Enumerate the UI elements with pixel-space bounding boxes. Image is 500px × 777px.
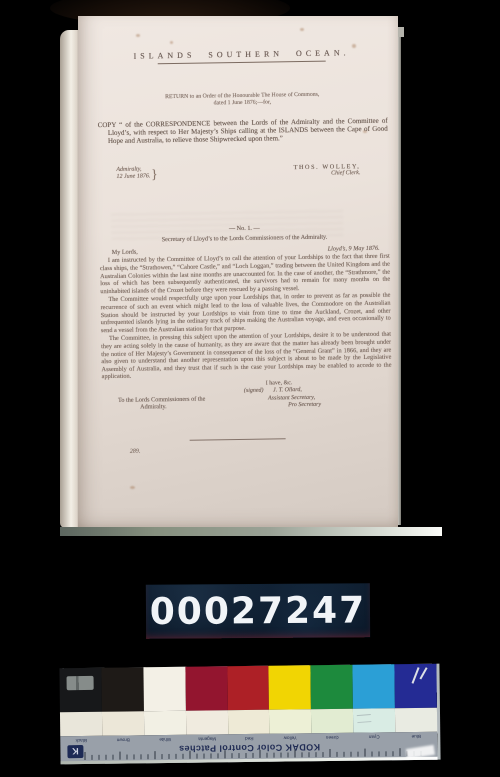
letter-paragraph-1: I am instructed by the Committee of Lloy… <box>100 253 391 296</box>
label-sticker-mark <box>67 676 94 690</box>
color-patch-brown <box>101 667 143 712</box>
patch-label-magenta: Magenta <box>186 734 228 743</box>
kodak-logo-icon: K <box>67 745 83 758</box>
kodak-color-bar: BlackBrownWhiteMagentaRedYellowGreenCyan… <box>59 664 437 765</box>
patch-label-red: Red <box>228 734 270 743</box>
patch-label-cyan: Cyan <box>353 732 395 741</box>
letter-paragraph-3: The Committee, in pressing this subject … <box>101 331 392 381</box>
color-patch-white <box>143 667 185 712</box>
color-bar-patches <box>59 664 437 713</box>
closing-block: I have, &c. (signed) J. T. Ollard, Assis… <box>102 376 393 433</box>
document-page: ISLANDS SOUTHERN OCEAN. RETURN to an Ord… <box>78 16 398 528</box>
addressee: To the Lords Commissioners of the Admira… <box>118 395 206 411</box>
clerk-signature: THOS. WOLLEY, Chief Clerk. <box>294 163 361 178</box>
catalog-label: 00027247 <box>146 583 370 639</box>
document-text: ISLANDS SOUTHERN OCEAN. RETURN to an Ord… <box>74 14 402 531</box>
color-tint-green <box>311 709 353 734</box>
color-patch-magenta <box>185 666 227 711</box>
signature-name: J. T. Ollard, <box>273 387 302 393</box>
signed-label: (signed) <box>244 388 264 394</box>
catalog-number: 00027247 <box>150 589 367 632</box>
color-tint-brown <box>102 711 144 736</box>
end-rule <box>190 438 286 441</box>
color-tint-white <box>144 711 186 736</box>
letter-paragraph-2: The Committee would respectfully urge up… <box>100 292 391 335</box>
signature-block: I have, &c. (signed) J. T. Ollard, Assis… <box>244 380 322 411</box>
patch-label-white: White <box>144 735 186 744</box>
patch-label-blue: Blue <box>395 732 437 741</box>
color-patch-red <box>227 666 269 711</box>
pencil-mark <box>357 714 372 723</box>
letter-dateline: Lloyd’s, 9 May 1876. <box>328 245 380 253</box>
return-heading: RETURN to an Order of the Honourable The… <box>97 91 387 110</box>
brace: } <box>151 170 157 177</box>
color-patch-yellow <box>269 665 311 710</box>
patch-label-green: Green <box>312 733 354 742</box>
patch-label-yellow: Yellow <box>270 733 312 742</box>
color-patch-green <box>311 665 353 710</box>
dateline-row: Admiralty, 12 June 1876. } THOS. WOLLEY,… <box>98 163 388 182</box>
patch-label-brown: Brown <box>102 735 144 744</box>
color-bar-ruler-strip: BlackBrownWhiteMagentaRedYellowGreenCyan… <box>60 732 437 765</box>
addressee-line-2: Admiralty. <box>140 403 205 411</box>
clerk-title: Chief Clerk. <box>294 170 361 178</box>
page-title: ISLANDS SOUTHERN OCEAN. <box>97 48 387 62</box>
admiralty-dateline: Admiralty, 12 June 1876. } <box>116 167 157 182</box>
color-tint-blue <box>395 708 437 733</box>
color-tint-black <box>60 712 102 737</box>
copy-paragraph: COPY “ of the CORRESPONDENCE between the… <box>98 118 388 146</box>
title-rule <box>158 61 326 65</box>
ink-bleedthrough <box>111 210 343 240</box>
color-tint-red <box>228 710 270 735</box>
page-number: 289. <box>130 444 393 454</box>
patch-label-black: Black <box>60 736 102 745</box>
admiralty-line-2: 12 June 1876. <box>116 174 150 182</box>
color-patch-cyan <box>353 664 395 709</box>
color-tint-yellow <box>269 709 311 734</box>
signature-title-2: Pro Secretary <box>288 402 321 410</box>
table-edge <box>60 527 442 536</box>
salutation: My Lords, <box>112 249 138 256</box>
color-tint-magenta <box>186 710 228 735</box>
